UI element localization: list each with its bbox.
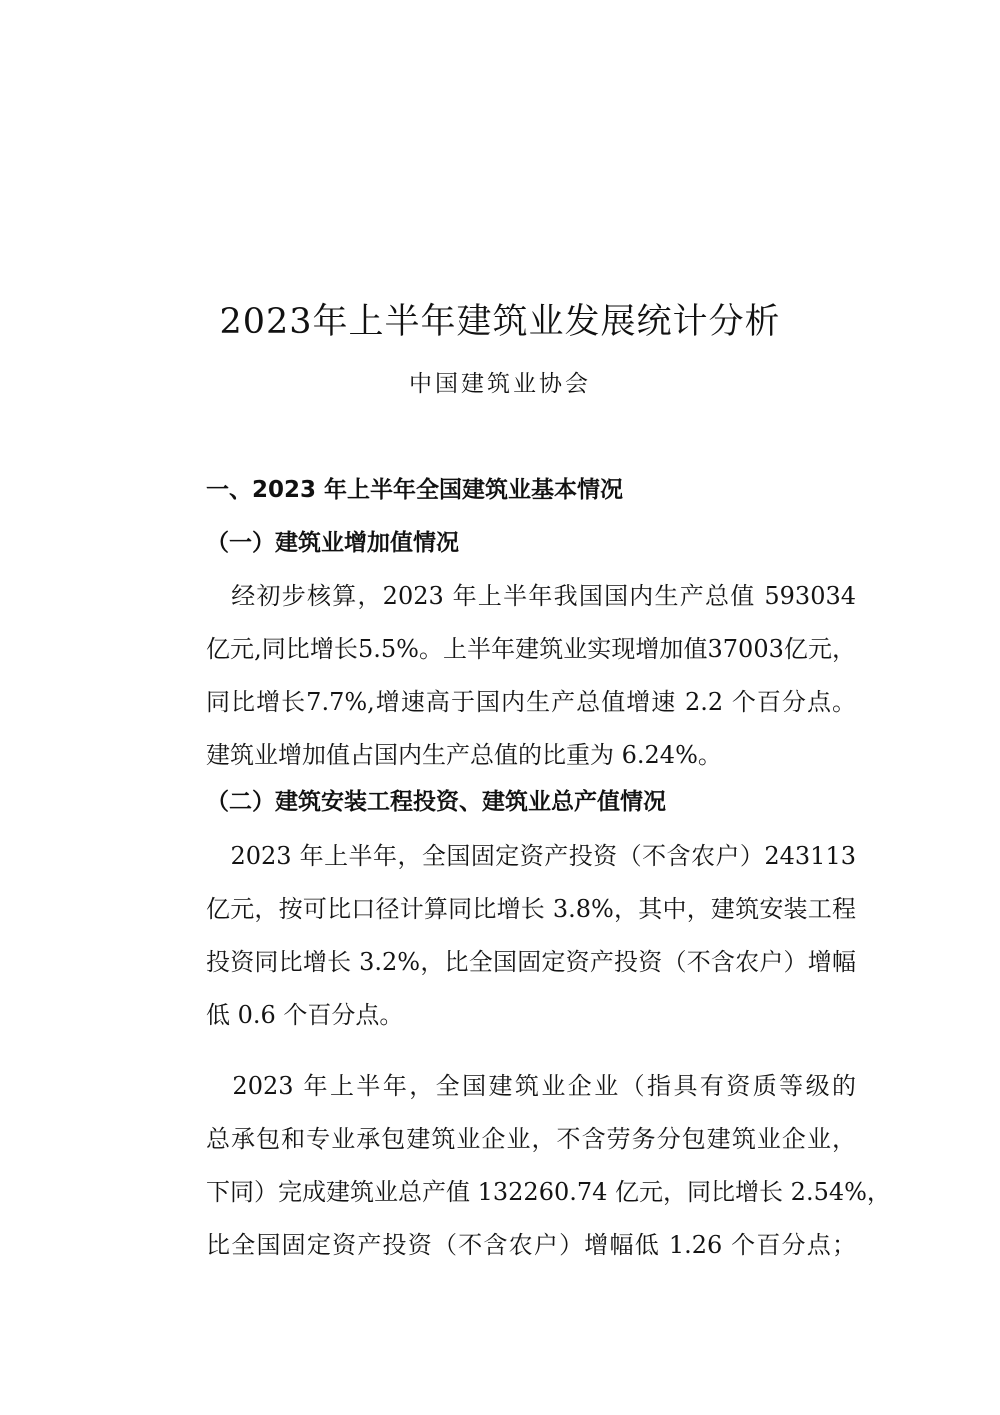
paragraph-line: 建筑业增加值占国内生产总值的比重为 6.24%。 — [206, 737, 856, 773]
document-page: 2023年上半年建筑业发展统计分析 中国建筑业协会 一、2023 年上半年全国建… — [0, 0, 1000, 1415]
subsection-heading-value-added: （一）建筑业增加值情况 — [206, 525, 459, 561]
paragraph-line: 总承包和专业承包建筑业企业，不含劳务分包建筑业企业， — [206, 1121, 856, 1157]
paragraph-line: 投资同比增长 3.2%，比全国固定资产投资（不含农户）增幅 — [206, 944, 856, 980]
document-title: 2023年上半年建筑业发展统计分析 — [0, 296, 1000, 348]
document-author: 中国建筑业协会 — [0, 366, 1000, 402]
paragraph-line: 亿元，按可比口径计算同比增长 3.8%，其中，建筑安装工程 — [206, 891, 856, 927]
paragraph-line: 同比增长7.7%,增速高于国内生产总值增速 2.2 个百分点。 — [206, 684, 856, 720]
section-heading: 一、2023 年上半年全国建筑业基本情况 — [206, 472, 623, 508]
subsection-heading-investment-output: （二）建筑安装工程投资、建筑业总产值情况 — [206, 784, 666, 820]
paragraph-line: 2023 年上半年，全国固定资产投资（不含农户）243113 — [206, 838, 856, 874]
paragraph-line: 比全国固定资产投资（不含农户）增幅低 1.26 个百分点； — [206, 1227, 856, 1263]
paragraph-line: 低 0.6 个百分点。 — [206, 997, 856, 1033]
paragraph-line: 经初步核算，2023 年上半年我国国内生产总值 593034 — [206, 578, 856, 614]
paragraph-line: 下同）完成建筑业总产值 132260.74 亿元，同比增长 2.54%， — [206, 1174, 856, 1210]
paragraph-line: 2023 年上半年，全国建筑业企业（指具有资质等级的 — [206, 1068, 856, 1104]
paragraph-line: 亿元,同比增长5.5%。上半年建筑业实现增加值37003亿元， — [206, 631, 856, 667]
